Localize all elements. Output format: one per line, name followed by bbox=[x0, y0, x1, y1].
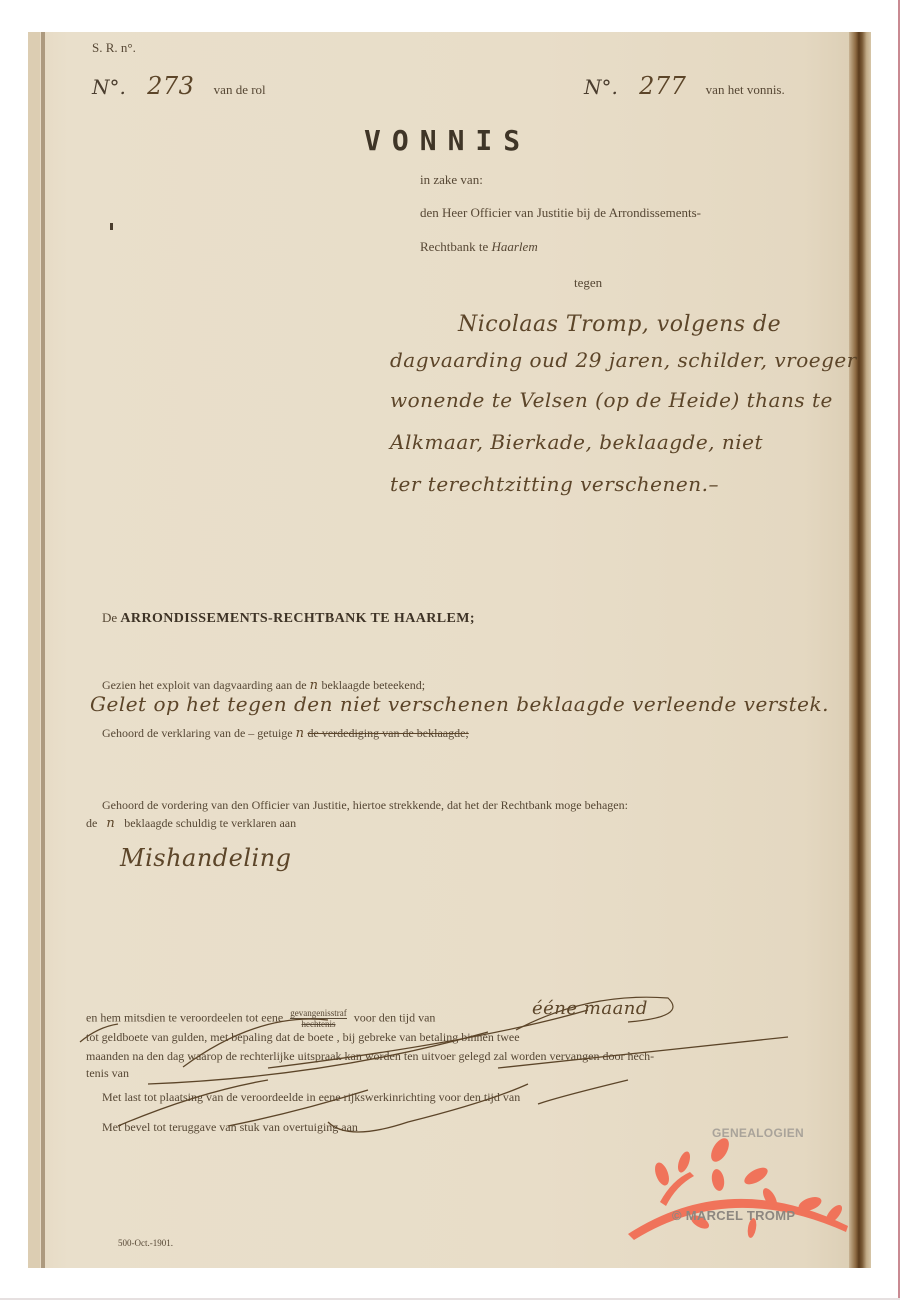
court-heading-prefix: De bbox=[102, 610, 117, 625]
watermark-brand: GENEALOGIEN bbox=[712, 1126, 804, 1140]
gehoord-hand-n: n bbox=[296, 726, 305, 741]
binding-line bbox=[41, 32, 45, 1268]
gezien-hand-n: n bbox=[310, 678, 319, 693]
document-page: S. R. n°. N°. 273 van de rol N°. 277 van… bbox=[28, 32, 871, 1268]
page-title: VONNIS bbox=[364, 124, 531, 157]
penalty-choice: gevangenisstraf hechtenis bbox=[290, 1008, 346, 1029]
in-zake-label: in zake van: bbox=[420, 172, 483, 188]
court-name: ARRONDISSEMENTS-RECHTBANK TE HAARLEM; bbox=[120, 611, 474, 626]
vordering-line: Gehoord de vordering van den Officier va… bbox=[102, 798, 628, 813]
schuldig-rest: beklaagde schuldig te verklaren aan bbox=[124, 816, 296, 830]
prosecutor-line-2: Rechtbank te Haarlem bbox=[420, 239, 538, 255]
sr-number-label: S. R. n°. bbox=[92, 40, 136, 56]
rol-number-row: N°. 273 van de rol bbox=[92, 72, 266, 100]
rol-number-value: 273 bbox=[147, 72, 194, 100]
print-code: 500-Oct.-1901. bbox=[118, 1238, 173, 1248]
watermark-copyright: © MARCEL TROMP bbox=[672, 1208, 795, 1223]
penalty-gevangenisstraf: gevangenisstraf bbox=[290, 1008, 346, 1019]
binding-margin bbox=[28, 32, 40, 1268]
gehoord-mid: van de – getuige bbox=[214, 726, 293, 740]
penalty-hechtenis-struck: hechtenis bbox=[290, 1019, 346, 1029]
defendant-line-3: wonende te Velsen (op de Heide) thans te bbox=[390, 388, 833, 412]
page-edge-right bbox=[849, 32, 871, 1268]
schuldig-hand-n: n bbox=[106, 816, 115, 831]
sentence-line-5: Met last tot plaatsing van de veroordeel… bbox=[102, 1090, 520, 1105]
defendant-line-4: Alkmaar, Bierkade, beklaagde, niet bbox=[390, 430, 763, 454]
defendant-line-5: ter terechtzitting verschenen.– bbox=[390, 472, 719, 496]
sentence-line-4: tenis van bbox=[86, 1066, 129, 1081]
genealogien-watermark: GENEALOGIEN © MARCEL TROMP bbox=[620, 1110, 850, 1240]
schuldig-prefix: de bbox=[86, 816, 97, 830]
gehoord-struck-text: de verdediging van de beklaagde; bbox=[308, 726, 469, 740]
rol-label: van de rol bbox=[214, 82, 266, 97]
schuldig-line: de n beklaagde schuldig te verklaren aan bbox=[86, 816, 296, 831]
gezien-line: Gezien het exploit van dagvaarding aan d… bbox=[102, 678, 425, 693]
gezien-rest: beklaagde beteekend; bbox=[321, 678, 425, 692]
prosecutor-prefix: Rechtbank te bbox=[420, 239, 488, 254]
gelet-handwritten: Gelet op het tegen den niet verschenen b… bbox=[90, 692, 829, 716]
sentence-prefix: en hem mitsdien te veroordeelen tot eene bbox=[86, 1010, 283, 1024]
number-symbol: N°. bbox=[92, 75, 126, 99]
ink-speck bbox=[110, 223, 113, 230]
court-heading: De ARRONDISSEMENTS-RECHTBANK TE HAARLEM; bbox=[102, 610, 475, 627]
prosecutor-line-1: den Heer Officier van Justitie bij de Ar… bbox=[420, 205, 701, 221]
sentence-line-2: tot geldboete van gulden, met bepaling d… bbox=[86, 1030, 520, 1045]
sentence-line-1: en hem mitsdien te veroordeelen tot eene… bbox=[86, 1008, 435, 1029]
tegen-label: tegen bbox=[574, 275, 602, 291]
court-city: Haarlem bbox=[491, 239, 537, 254]
sentence-line-6: Met bevel tot teruggave van stuk van ove… bbox=[102, 1120, 358, 1135]
gehoord-verklaring-line: Gehoord de verklaring van de – getuige n… bbox=[102, 726, 469, 741]
vonnis-number-row: N°. 277 van het vonnis. bbox=[584, 72, 785, 100]
vonnis-label: van het vonnis. bbox=[706, 82, 785, 97]
vonnis-number-value: 277 bbox=[639, 72, 686, 100]
gezien-text: Gezien het exploit van dagvaarding aan d… bbox=[102, 678, 307, 692]
sentence-suffix: voor den tijd van bbox=[354, 1010, 436, 1024]
defendant-line-1: Nicolaas Tromp, volgens de bbox=[458, 312, 781, 337]
number-symbol: N°. bbox=[584, 75, 618, 99]
gehoord-prefix: Gehoord de verklaring bbox=[102, 726, 211, 740]
duration-handwritten: ééne maand bbox=[532, 998, 648, 1019]
defendant-line-2: dagvaarding oud 29 jaren, schilder, vroe… bbox=[390, 348, 857, 372]
offence-handwritten: Mishandeling bbox=[120, 844, 292, 872]
sentence-line-3: maanden na den dag waarop de rechterlijk… bbox=[86, 1049, 654, 1064]
